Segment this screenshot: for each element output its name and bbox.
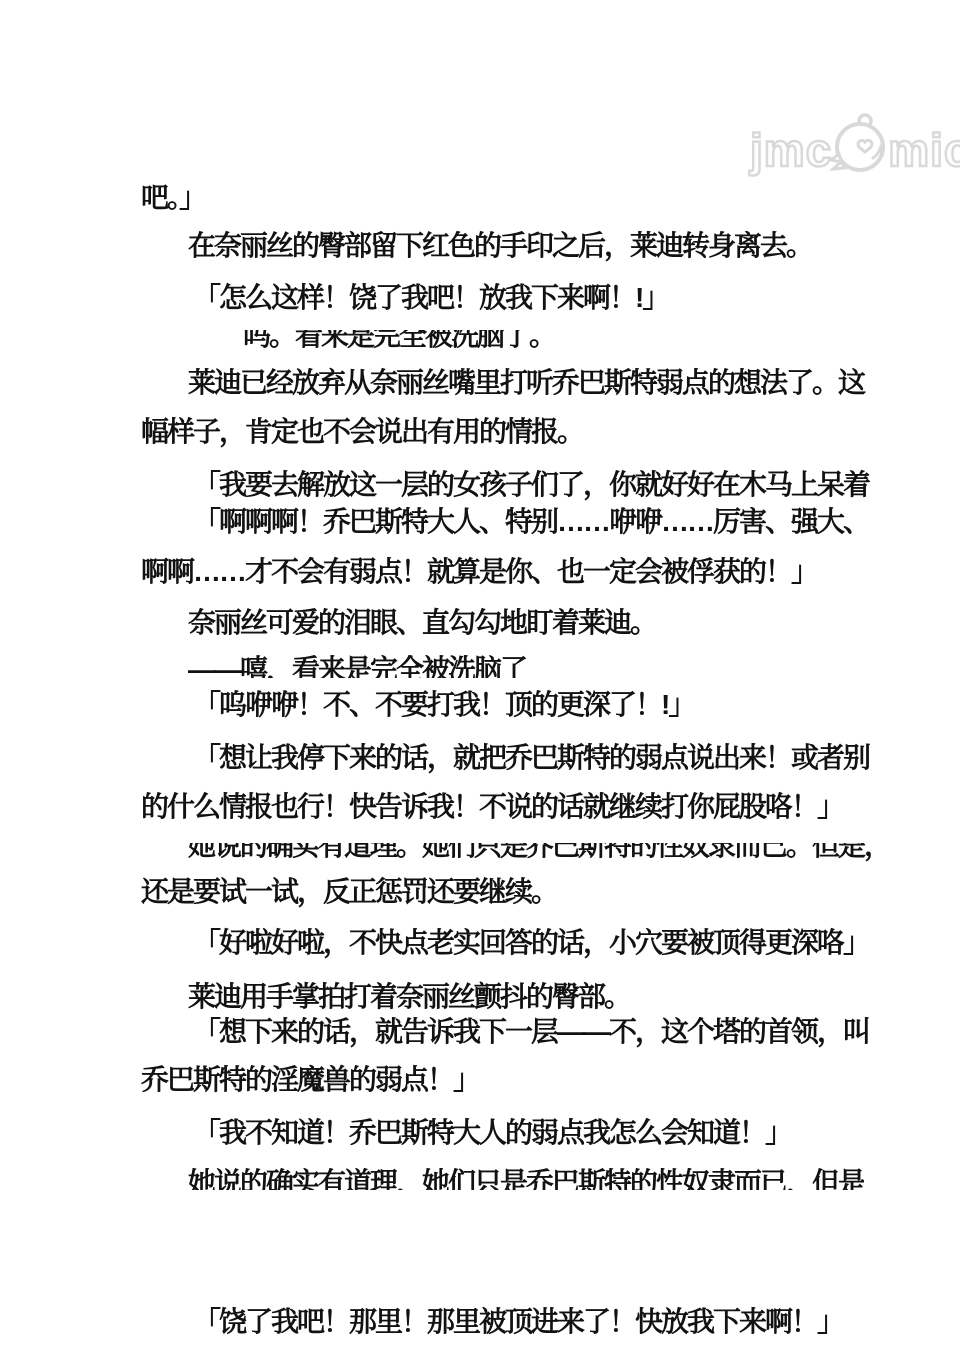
text-line-5: 莱迪已经放弃从奈丽丝嘴里打听乔巴斯特弱点的想法了。这	[188, 368, 864, 398]
text-line-17: 「好啦好啦，不快点老实回答的话，小穴要被顶得更深咯」	[193, 928, 869, 958]
text-line-20: 乔巴斯特的淫魔兽的弱点！」	[141, 1065, 479, 1095]
text-line-1: 吧。」	[141, 183, 205, 213]
text-line-16: 还是要试一试，反正惩罚还要继续。	[141, 877, 557, 907]
text-line-13: 「想让我停下来的话，就把乔巴斯特的弱点说出来！或者别	[193, 743, 869, 773]
text-line-8: 「啊啊啊！乔巴斯特大人、特别……咿咿……厉害、强大、	[193, 507, 869, 537]
text-line-19: 「想下来的话，就告诉我下一层——不，这个塔的首领，叫	[193, 1017, 869, 1047]
watermark-text-left: jmc	[750, 123, 832, 177]
text-line-21: 「我不知道！乔巴斯特大人的弱点我怎么会知道！」	[193, 1118, 791, 1148]
text-line-12: 「呜咿咿！不、不要打我！顶的更深了！!」	[193, 690, 694, 720]
jmcomic-watermark: jmc mic	[750, 112, 960, 187]
text-line-10: 奈丽丝可爱的泪眼、直勾勾地盯着莱迪。	[188, 608, 656, 638]
text-line-15: 她说的确实有道理。她们只是乔巴斯特的性奴隶而已。但是，	[188, 843, 890, 863]
text-line-11: ——嘻，看来是完全被洗脑了	[188, 655, 526, 678]
text-line-6: 幅样子，肯定也不会说出有用的情报。	[141, 417, 583, 447]
text-line-23: 「饶了我吧！那里！那里被顶进来了！快放我下来啊！」	[193, 1307, 843, 1337]
watermark-text-right: mic	[888, 123, 960, 177]
novel-page: jmc mic 吧。」在奈丽丝的臀部留下红色的手印之后，莱迪转身离去。「怎么这样…	[0, 0, 960, 1358]
text-line-7: 「我要去解放这一层的女孩子们了，你就好好在木马上呆着	[193, 470, 869, 500]
text-line-2: 在奈丽丝的臀部留下红色的手印之后，莱迪转身离去。	[188, 231, 812, 261]
jmcomic-bird-icon	[829, 112, 891, 187]
text-line-14: 的什么情报也行！快告诉我！不说的话就继续打你屁股咯！」	[141, 792, 843, 822]
text-line-22: 她说的确实有道理，她们只是乔巴斯特的性奴隶而已，但是	[188, 1168, 864, 1190]
text-line-4: 吗。看来是完全被洗脑了。	[243, 330, 555, 353]
text-line-9: 啊啊……才不会有弱点！就算是你、也一定会被俘获的！」	[141, 557, 817, 587]
text-line-3: 「怎么这样！饶了我吧！放我下来啊！!」	[193, 283, 668, 313]
text-line-18: 莱迪用手掌拍打着奈丽丝颤抖的臀部。	[188, 982, 630, 1012]
